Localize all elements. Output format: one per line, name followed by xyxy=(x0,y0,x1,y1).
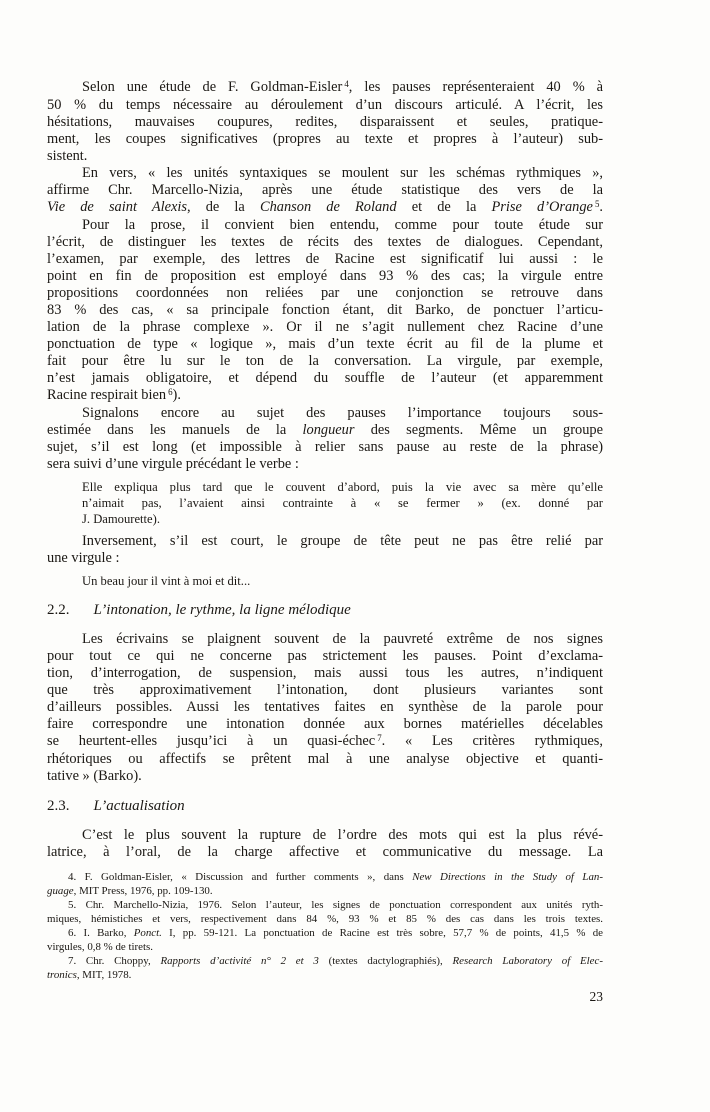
text-line: latrice, à l’oral, de la charge affectiv… xyxy=(47,844,603,861)
text-line: 2.2.L’intonation, le rythme, la ligne mé… xyxy=(47,602,603,619)
text-line: point en fin de proposition est employé … xyxy=(47,268,603,285)
text-line: tative » (Barko). xyxy=(47,768,603,785)
footnote-ref: 4 xyxy=(344,79,348,89)
text-line: lation de la phrase complexe ». Or il ne… xyxy=(47,319,603,336)
text-line: se heurtent-elles jusqu’ici à un quasi-é… xyxy=(47,733,603,751)
text-line: sistent. xyxy=(47,148,603,165)
text-line: que très approximativement l’intonation,… xyxy=(47,682,603,699)
paragraph-1: Selon une étude de F. Goldman-Eisler4, l… xyxy=(47,79,603,165)
text-line: Un beau jour il vint à moi et dit... xyxy=(82,573,603,589)
paragraph-7: C’est le plus souvent la rupture de l’or… xyxy=(47,827,603,861)
text-line: sujet, s’il est long (et impossible à re… xyxy=(47,439,603,456)
text-line: n’est jamais obligatoire, et dépend du s… xyxy=(47,370,603,387)
text-line: ment, les coupes significatives (propres… xyxy=(47,131,603,148)
text-line: estimée dans les manuels de la longueur … xyxy=(47,422,603,439)
text-line: faire correspondre une intonation donnée… xyxy=(47,716,603,733)
footnote-ref: 5 xyxy=(595,199,599,209)
text-line: Pour la prose, il convient bien entendu,… xyxy=(47,217,603,234)
text-line: n’aimait pas, l’avaient ainsi contrainte… xyxy=(82,495,603,511)
text-line: miques, hémistiches et vers, respectivem… xyxy=(47,912,603,926)
text-line: virgules, 0,8 % de tirets. xyxy=(47,940,603,954)
text-line: l’examen, par exemple, des lettres de Ra… xyxy=(47,251,603,268)
text-line: 83 % des cas, « sa principale fonction é… xyxy=(47,302,603,319)
paragraph-2: En vers, « les unités syntaxiques se mou… xyxy=(47,165,603,217)
text-line: l’écrit, de distinguer les textes de réc… xyxy=(47,234,603,251)
text-line: 6. I. Barko, Ponct. I, pp. 59-121. La po… xyxy=(47,926,603,940)
text-line: propositions coordonnées non reliées par… xyxy=(47,285,603,302)
text-line: Vie de saint Alexis, de la Chanson de Ro… xyxy=(47,199,603,217)
text-line: pour tout ce qui ne concerne pas stricte… xyxy=(47,648,603,665)
text-line: hésitations, mauvaises coupures, redites… xyxy=(47,114,603,131)
text-line: 4. F. Goldman-Eisler, « Discussion and f… xyxy=(47,870,603,884)
quote-1: Elle expliqua plus tard que le couvent d… xyxy=(82,479,603,527)
paragraph-4: Signalons encore au sujet des pauses l’i… xyxy=(47,405,603,473)
text-line: affirme Chr. Marcello-Nizia, après une é… xyxy=(47,182,603,199)
heading-2-2: 2.2.L’intonation, le rythme, la ligne mé… xyxy=(47,602,603,619)
book-page: Selon une étude de F. Goldman-Eisler4, l… xyxy=(0,0,710,1112)
text-line: En vers, « les unités syntaxiques se mou… xyxy=(47,165,603,182)
text-line: Elle expliqua plus tard que le couvent d… xyxy=(82,479,603,495)
text-line: 7. Chr. Choppy, Rapports d’activité n° 2… xyxy=(47,954,603,968)
quote-2: Un beau jour il vint à moi et dit... xyxy=(82,573,603,589)
text-line: J. Damourette). xyxy=(82,511,603,527)
text-line: 5. Chr. Marchello-Nizia, 1976. Selon l’a… xyxy=(47,898,603,912)
footnote-5: 5. Chr. Marchello-Nizia, 1976. Selon l’a… xyxy=(47,898,603,926)
text-line: rhétoriques ou affectifs se prêtent mal … xyxy=(47,751,603,768)
footnote-7: 7. Chr. Choppy, Rapports d’activité n° 2… xyxy=(47,954,603,982)
paragraph-3: Pour la prose, il convient bien entendu,… xyxy=(47,217,603,405)
text-line: Inversement, s’il est court, le groupe d… xyxy=(47,533,603,550)
text-line: guage, MIT Press, 1976, pp. 109-130. xyxy=(47,884,603,898)
text-line: Racine respirait bien6). xyxy=(47,387,603,405)
footnote-ref: 6 xyxy=(168,387,172,397)
footnote-4: 4. F. Goldman-Eisler, « Discussion and f… xyxy=(47,870,603,898)
paragraph-5: Inversement, s’il est court, le groupe d… xyxy=(47,533,603,567)
text-column: Selon une étude de F. Goldman-Eisler4, l… xyxy=(47,79,603,1005)
text-line: Signalons encore au sujet des pauses l’i… xyxy=(47,405,603,422)
text-line: Selon une étude de F. Goldman-Eisler4, l… xyxy=(47,79,603,97)
text-line: ponctuation de type « logique », mais d’… xyxy=(47,336,603,353)
text-line: tion, d’interrogation, de suspension, ma… xyxy=(47,665,603,682)
content-blocks: Selon une étude de F. Goldman-Eisler4, l… xyxy=(47,79,603,982)
text-line: C’est le plus souvent la rupture de l’or… xyxy=(47,827,603,844)
heading-2-3: 2.3.L’actualisation xyxy=(47,798,603,815)
footnote-6: 6. I. Barko, Ponct. I, pp. 59-121. La po… xyxy=(47,926,603,954)
footnote-ref: 7 xyxy=(377,733,381,743)
text-line: fait pour être lu sur le ton de la conve… xyxy=(47,353,603,370)
text-line: 2.3.L’actualisation xyxy=(47,798,603,815)
page-number: 23 xyxy=(47,989,603,1005)
text-line: d’ailleurs possibles. Aussi les tentativ… xyxy=(47,699,603,716)
text-line: une virgule : xyxy=(47,550,603,567)
text-line: tronics, MIT, 1978. xyxy=(47,968,603,982)
text-line: sera suivi d’une virgule précédant le ve… xyxy=(47,456,603,473)
paragraph-6: Les écrivains se plaignent souvent de la… xyxy=(47,631,603,785)
text-line: Les écrivains se plaignent souvent de la… xyxy=(47,631,603,648)
text-line: 50 % du temps nécessaire au déroulement … xyxy=(47,97,603,114)
